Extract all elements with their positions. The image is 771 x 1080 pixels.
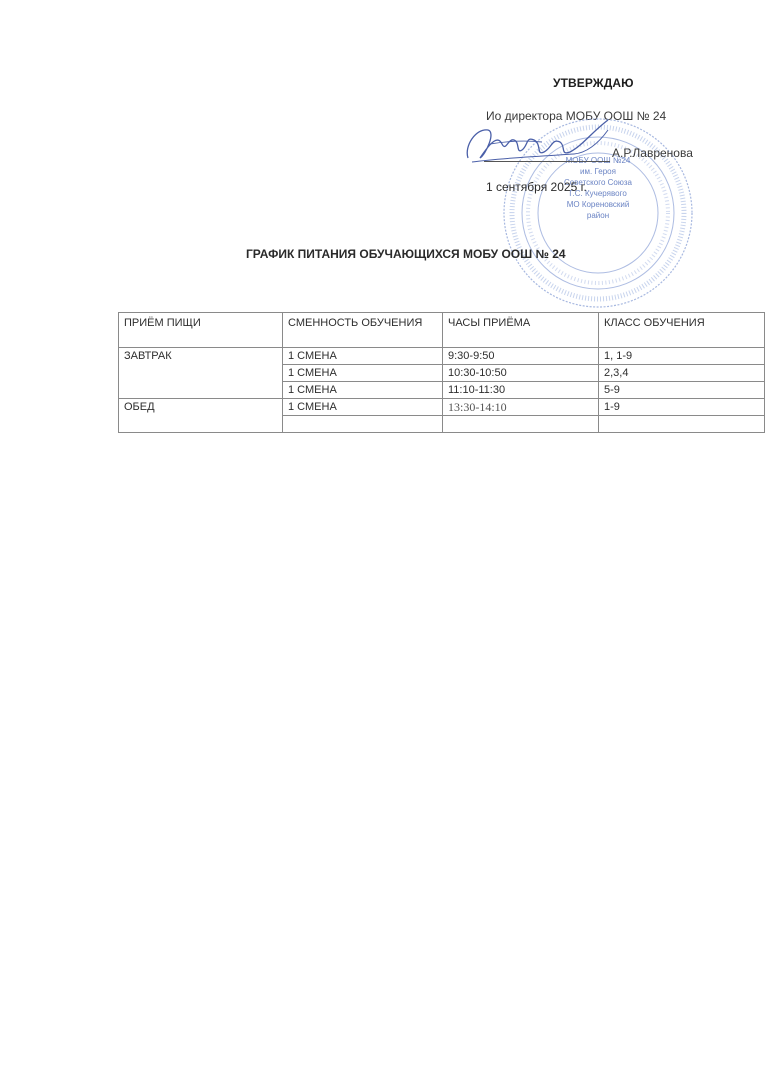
cell-shift: 1 СМЕНА [283,382,443,399]
cell-classes: 5-9 [599,382,765,399]
approver-name: А.Р.Лавренова [612,146,693,160]
stamp-line: МО Кореновский [553,199,643,210]
cell-shift: 1 СМЕНА [283,365,443,382]
cell-hours: 10:30-10:50 [443,365,599,382]
signature [462,118,622,170]
document-title: ГРАФИК ПИТАНИЯ ОБУЧАЮЩИХСЯ МОБУ ООШ № 24 [246,247,566,261]
cell-hours: 11:10-11:30 [443,382,599,399]
column-header-classes: КЛАСС ОБУЧЕНИЯ [599,313,765,348]
official-stamp: МОБУ ООШ №24 им. Героя Советского Союза … [500,115,696,311]
cell-classes: 2,3,4 [599,365,765,382]
column-header-shift: СМЕННОСТЬ ОБУЧЕНИЯ [283,313,443,348]
table-row: ОБЕД 1 СМЕНА 13:30-14:10 1-9 [119,399,765,416]
approver-position: Ио директора МОБУ ООШ № 24 [486,109,666,123]
approval-date: 1 сентября 2025 г. [486,180,587,194]
cell-hours [443,416,599,433]
column-header-hours: ЧАСЫ ПРИЁМА [443,313,599,348]
cell-hours: 9:30-9:50 [443,348,599,365]
approval-heading: УТВЕРЖДАЮ [553,76,634,90]
signature-line [484,161,610,162]
cell-meal: ЗАВТРАК [119,348,283,399]
meal-schedule-table: ПРИЁМ ПИЩИ СМЕННОСТЬ ОБУЧЕНИЯ ЧАСЫ ПРИЁМ… [118,312,765,433]
cell-classes [599,416,765,433]
stamp-line: им. Героя [553,166,643,177]
table-row: ЗАВТРАК 1 СМЕНА 9:30-9:50 1, 1-9 [119,348,765,365]
table-header-row: ПРИЁМ ПИЩИ СМЕННОСТЬ ОБУЧЕНИЯ ЧАСЫ ПРИЁМ… [119,313,765,348]
cell-hours: 13:30-14:10 [443,399,599,416]
cell-shift [283,416,443,433]
stamp-line: район [553,210,643,221]
cell-shift: 1 СМЕНА [283,348,443,365]
stamp-icon [500,115,696,311]
column-header-meal: ПРИЁМ ПИЩИ [119,313,283,348]
cell-shift: 1 СМЕНА [283,399,443,416]
cell-meal: ОБЕД [119,399,283,433]
cell-classes: 1-9 [599,399,765,416]
cell-classes: 1, 1-9 [599,348,765,365]
signature-icon [462,118,622,170]
